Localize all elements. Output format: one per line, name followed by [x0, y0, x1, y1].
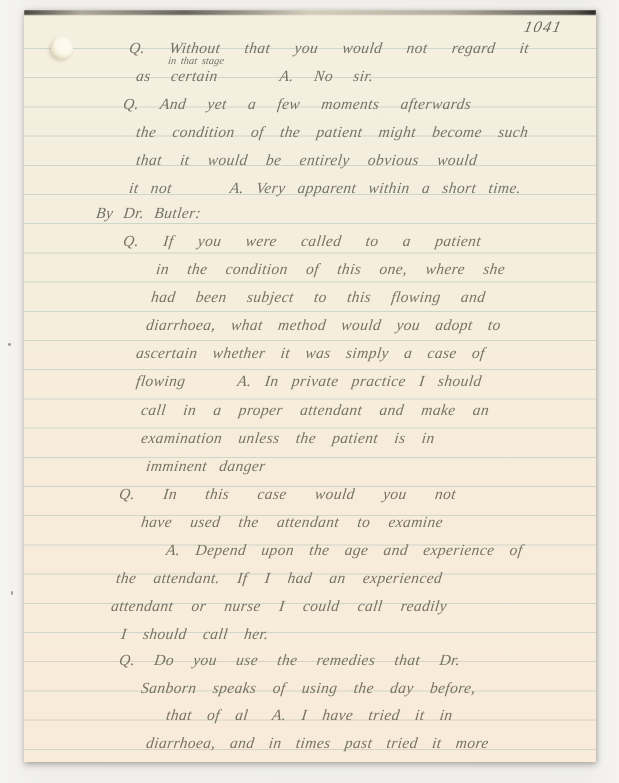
handwriting-segment: Q. If you were called to a patient [122, 233, 482, 250]
handwriting-line: diarrhoea, and in times past tried it mo… [145, 735, 490, 753]
handwriting-line: ascertain whether it was simply a case o… [135, 345, 486, 363]
handwriting-segment: examination unless the patient is in [140, 430, 436, 447]
handwriting-line: Q. And yet a few moments afterwards [122, 96, 472, 114]
dust-speck [8, 343, 11, 346]
handwriting-line: call in a proper attendant and make an [140, 402, 490, 420]
handwriting-segment: the attendant. If I had an experienced [115, 570, 443, 587]
interlinear-insertion: in that stage [167, 56, 224, 67]
handwriting-segment: had been subject to this flowing and [150, 289, 486, 306]
hole-punch [51, 37, 73, 59]
handwriting-line: the attendant. If I had an experienced [115, 570, 443, 588]
handwriting-segment: diarrhoea, and in times past tried it mo… [145, 735, 490, 752]
handwriting-segment: A. In private practice I should [236, 373, 482, 390]
handwriting-line: Q. If you were called to a patient [122, 233, 482, 251]
handwriting-segment: as certain [135, 68, 219, 85]
handwriting-line: By Dr. Butler: [95, 205, 202, 223]
handwriting-line: diarrhoea, what method would you adopt t… [145, 317, 502, 335]
handwriting-segment: call in a proper attendant and make an [140, 402, 490, 419]
handwriting-line: it notA. Very apparent within a short ti… [128, 180, 522, 198]
handwriting-line: in the condition of this one, where she [155, 261, 506, 279]
handwriting-segment: Q. Do you use the remedies that Dr. [118, 652, 461, 669]
handwriting-segment: Q. And yet a few moments afterwards [122, 96, 472, 113]
dust-speck [11, 591, 13, 595]
photo-backdrop: 1041 Q. Without that you would not regar… [0, 0, 619, 783]
paper-top-edge [24, 10, 596, 15]
handwriting-segment: A. No sir. [279, 68, 375, 85]
handwriting-line: as certainin that stageA. No sir. [135, 68, 374, 86]
handwriting-line: Q. In this case would you not [118, 486, 457, 504]
manuscript-page: 1041 Q. Without that you would not regar… [24, 10, 596, 762]
handwriting-segment: that of al [165, 707, 249, 724]
handwriting-segment: Q. In this case would you not [118, 486, 457, 503]
handwriting-segment: in the condition of this one, where she [155, 261, 506, 278]
handwriting-segment: A. Depend upon the age and experience of [165, 542, 524, 559]
handwriting-segment: imminent danger [145, 458, 267, 475]
handwriting-segment: ascertain whether it was simply a case o… [135, 345, 486, 362]
handwriting-segment: flowing [135, 373, 186, 390]
handwriting-line: Sanborn speaks of using the day before, [140, 680, 477, 698]
handwriting-line: that it would be entirely obvious would [135, 152, 478, 170]
handwriting-segment: A. I have tried it in [271, 707, 454, 724]
handwriting-segment: it not [128, 180, 173, 197]
handwriting-segment: By Dr. Butler: [95, 205, 202, 222]
handwriting-segment: attendant or nurse I could call readily [110, 598, 448, 615]
page-number: 1041 [522, 19, 564, 37]
handwriting-line: I should call her. [120, 626, 270, 644]
handwriting-line: had been subject to this flowing and [150, 289, 486, 307]
handwriting-line: the condition of the patient might becom… [135, 124, 529, 142]
handwriting-line: that of alA. I have tried it in [165, 707, 454, 725]
handwriting-line: have used the attendant to examine [140, 514, 444, 532]
handwriting-line: A. Depend upon the age and experience of [165, 542, 524, 560]
handwriting-segment: A. Very apparent within a short time. [229, 180, 522, 197]
handwriting-segment: the condition of the patient might becom… [135, 124, 529, 141]
handwriting-segment: that it would be entirely obvious would [135, 152, 478, 169]
handwriting-line: flowingA. In private practice I should [135, 373, 483, 391]
handwriting-segment: Q. Without that you would not regard it [128, 40, 530, 57]
handwriting-segment: Sanborn speaks of using the day before, [140, 680, 477, 697]
handwriting-line: examination unless the patient is in [140, 430, 436, 448]
handwriting-line: attendant or nurse I could call readily [110, 598, 448, 616]
handwriting-line: Q. Do you use the remedies that Dr. [118, 652, 461, 670]
handwriting-line: imminent danger [145, 458, 267, 476]
handwriting-segment: I should call her. [120, 626, 269, 643]
handwriting-segment: diarrhoea, what method would you adopt t… [145, 317, 502, 334]
handwriting-segment: have used the attendant to examine [140, 514, 444, 531]
